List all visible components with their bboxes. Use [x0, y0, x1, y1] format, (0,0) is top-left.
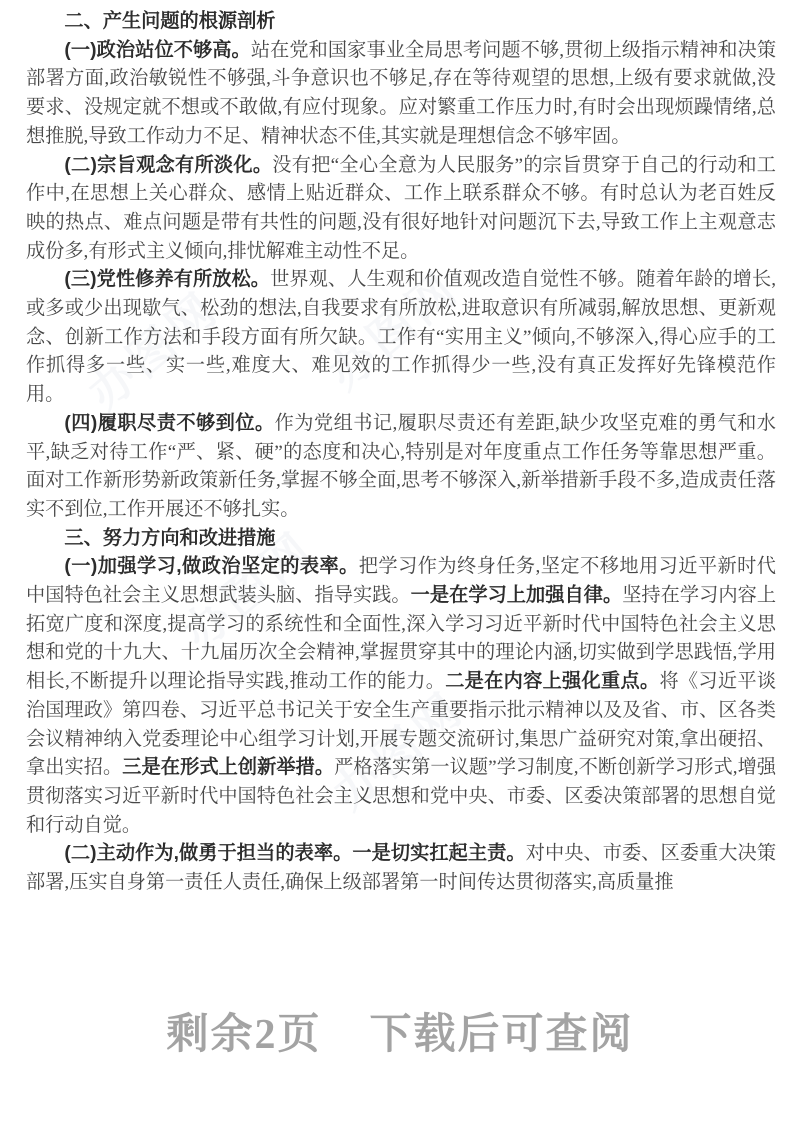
document-body: 二、产生问题的根源剖析(一)政治站位不够高。站在党和国家事业全局思考问题不够,贯…	[26, 8, 776, 898]
paragraph-lead-bold: 三是在形式上创新举措。	[122, 757, 334, 778]
paragraph: (二)主动作为,做勇于担当的表率。一是切实扛起主责。对中央、市委、区委重大决策部…	[26, 840, 776, 897]
download-hint-text: 下载后可查阅	[370, 1012, 634, 1058]
paragraph-lead-bold: 二是在内容上强化重点。	[445, 671, 659, 692]
paragraph: (四)履职尽责不够到位。作为党组书记,履职尽责还有差距,缺少攻坚克难的勇气和水平…	[26, 410, 776, 525]
paragraph: (一)政治站位不够高。站在党和国家事业全局思考问题不够,贯彻上级指示精神和决策部…	[26, 37, 776, 152]
paragraph-lead-bold: (一)政治站位不够高。	[64, 40, 250, 61]
paragraph: (二)宗旨观念有所淡化。没有把“全心全意为人民服务”的宗旨贯穿于自己的行动和工作…	[26, 152, 776, 267]
paragraph-lead-bold: (二)宗旨观念有所淡化。	[64, 155, 272, 176]
paragraph: (一)加强学习,做政治坚定的表率。把学习作为终身任务,坚定不移地用习近平新时代中…	[26, 553, 776, 840]
remaining-pages-banner: 剩余2页下载后可查阅	[0, 1012, 800, 1058]
section-heading: 二、产生问题的根源剖析	[26, 8, 776, 37]
paragraph: (三)党性修养有所放松。世界观、人生观和价值观改造自觉性不够。随着年龄的增长,或…	[26, 266, 776, 410]
remaining-pages-text: 剩余2页	[166, 1012, 321, 1058]
paragraph-lead-bold: 一是在学习上加强自律。	[411, 585, 623, 606]
paragraph-lead-bold: (一)加强学习,做政治坚定的表率。	[64, 556, 358, 577]
document-page: 办图网办图网办图网办图网 二、产生问题的根源剖析(一)政治站位不够高。站在党和国…	[0, 0, 800, 1121]
paragraph-lead-bold: (三)党性修养有所放松。	[64, 269, 270, 290]
paragraph-lead-bold: (四)履职尽责不够到位。	[64, 413, 274, 434]
paragraph-lead-bold: (二)主动作为,做勇于担当的表率。一是切实扛起主责。	[64, 843, 525, 864]
section-heading: 三、努力方向和改进措施	[26, 525, 776, 554]
